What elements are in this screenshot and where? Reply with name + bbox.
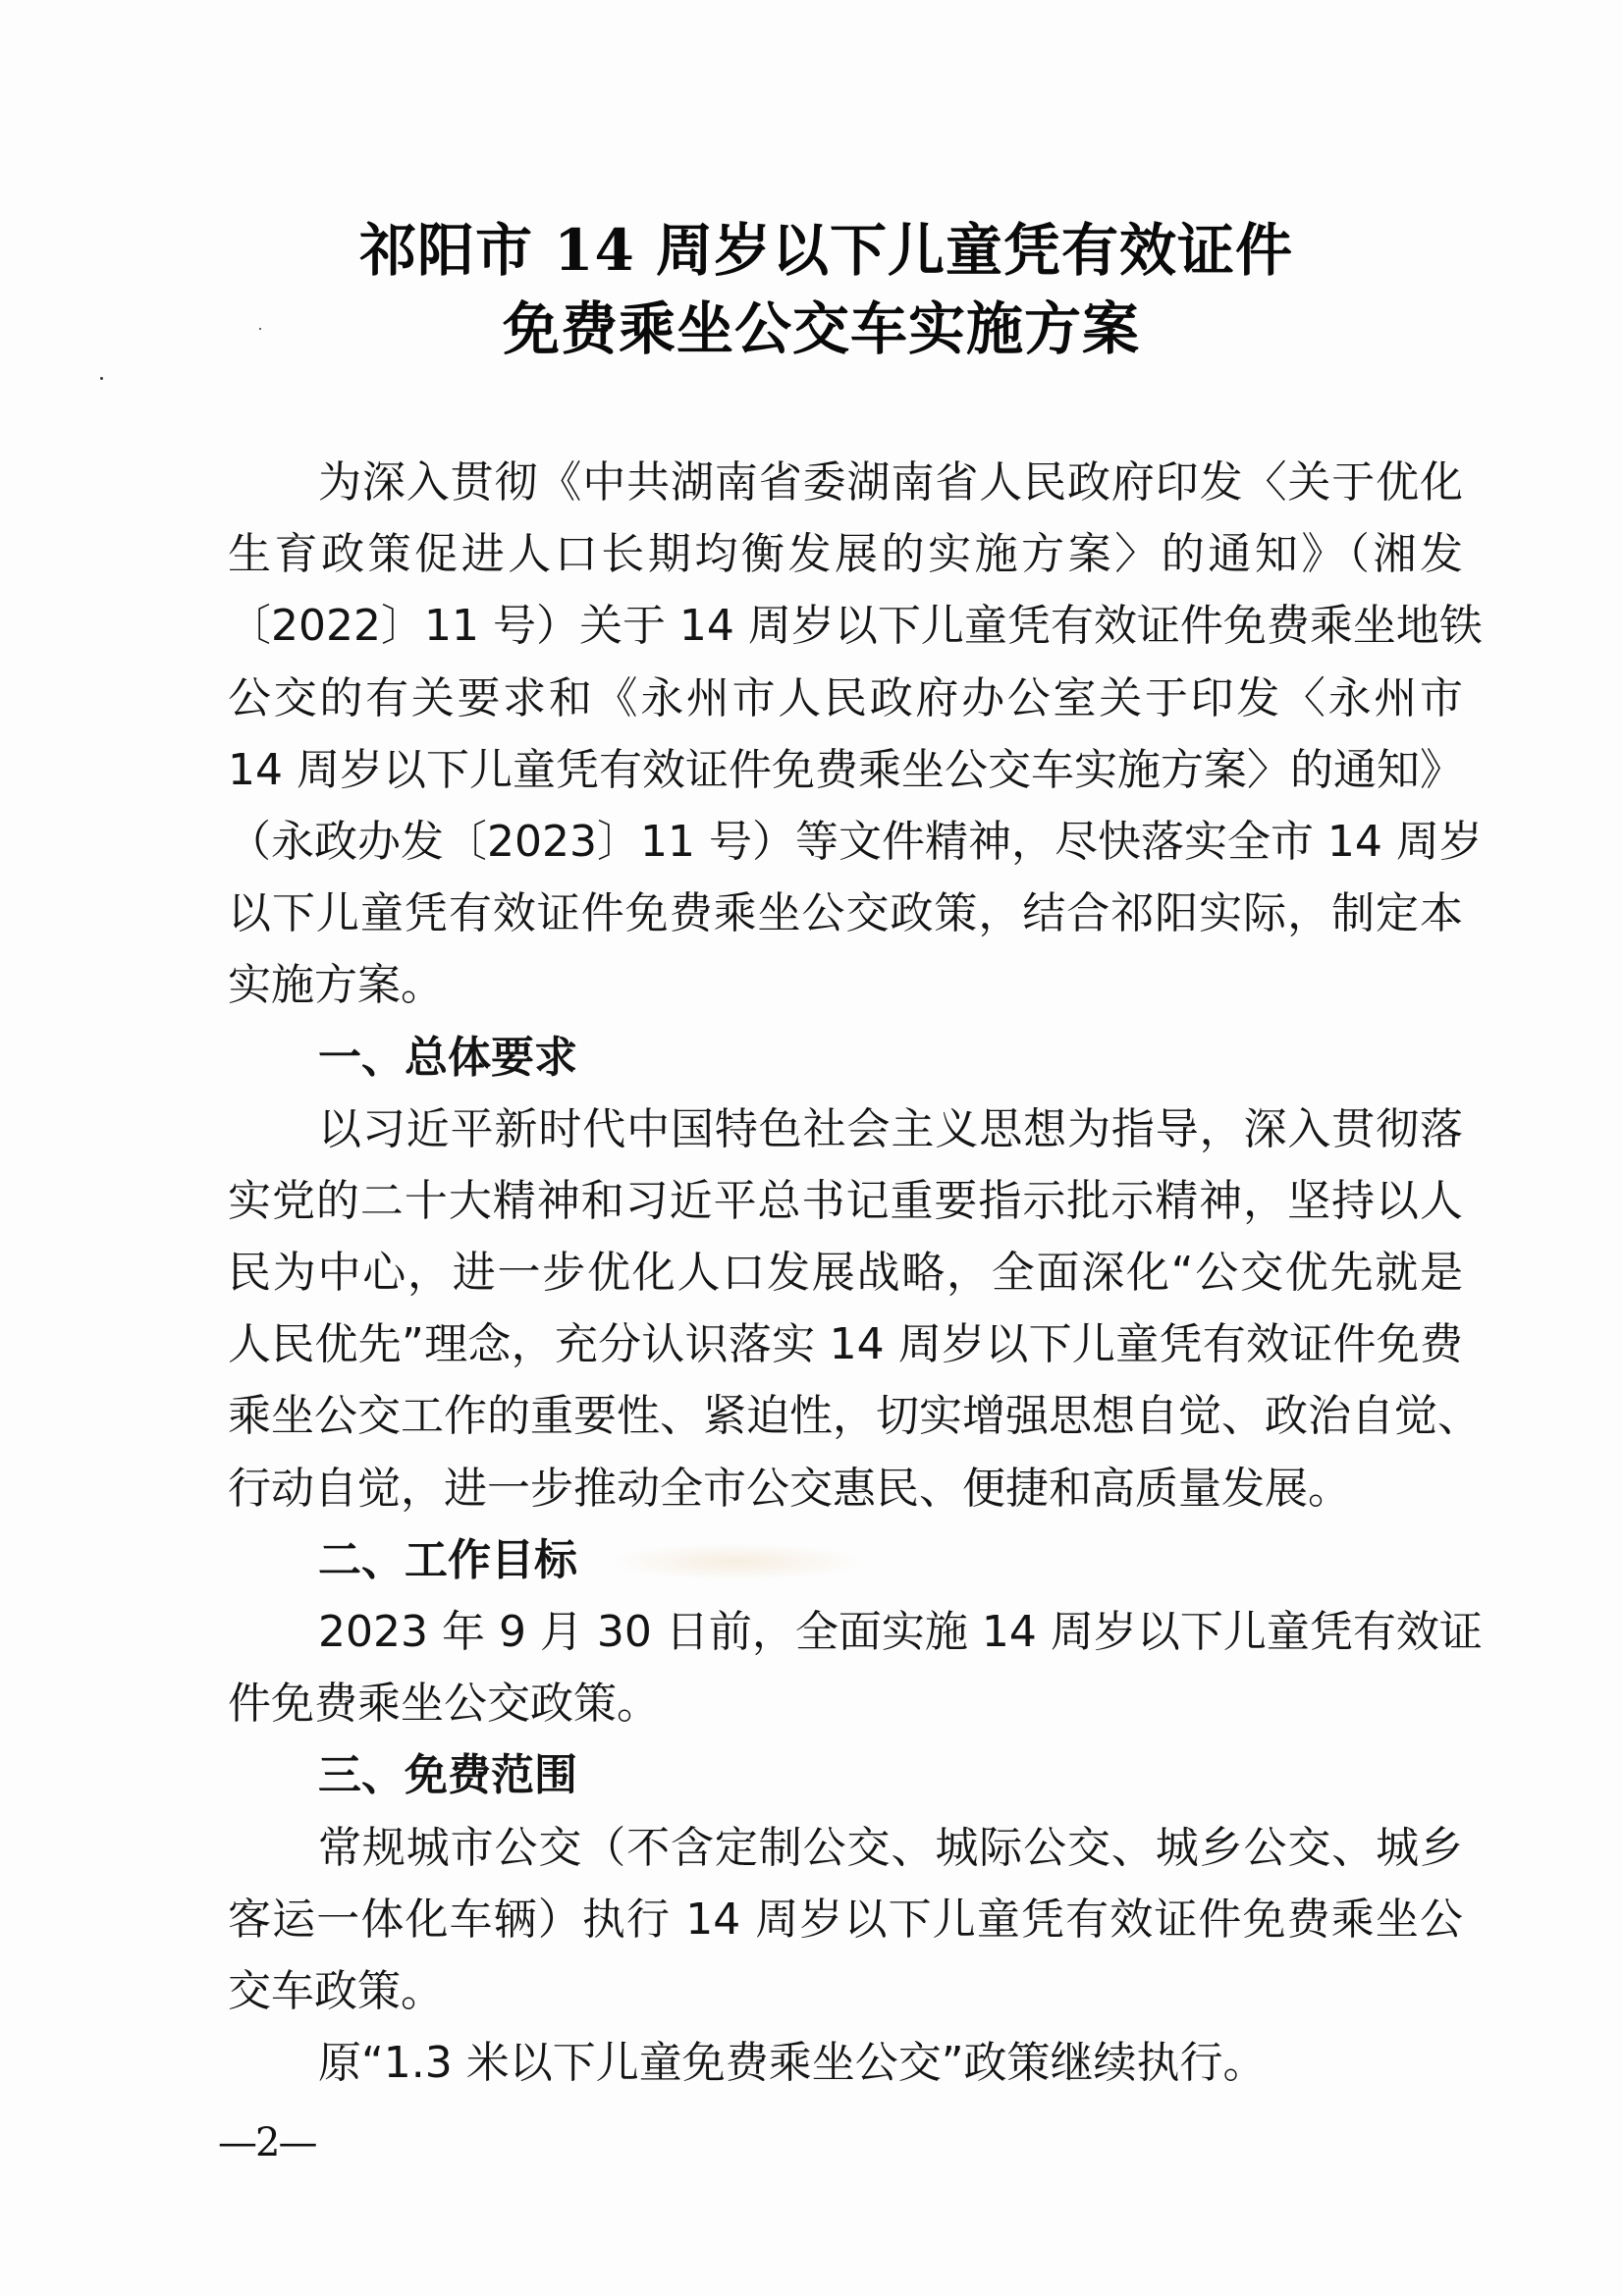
text-line: 生育政策促进人口长期均衡发展的实施方案〉的通知》（湘发	[228, 518, 1463, 590]
text-line: 〔2022〕11 号）关于 14 周岁以下儿童凭有效证件免费乘坐地铁	[228, 590, 1463, 662]
text-line: 为深入贯彻《中共湖南省委湖南省人民政府印发〈关于优化	[228, 447, 1463, 518]
text-line: 交车政策。	[228, 1955, 1463, 2027]
text-line: 行动自觉，进一步推动全市公交惠民、便捷和高质量发展。	[228, 1453, 1463, 1524]
text-line: 件免费乘坐公交政策。	[228, 1668, 1463, 1739]
section-general-requirements: 一、总体要求 以习近平新时代中国特色社会主义思想为指导，深入贯彻落 实党的二十大…	[228, 1022, 1463, 1524]
document-body: 为深入贯彻《中共湖南省委湖南省人民政府印发〈关于优化 生育政策促进人口长期均衡发…	[228, 447, 1463, 2099]
document-page: 祁阳市 14 周岁以下儿童凭有效证件 免费乘坐公交车实施方案 为深入贯彻《中共湖…	[0, 0, 1623, 2296]
document-title: 祁阳市 14 周岁以下儿童凭有效证件 免费乘坐公交车实施方案	[0, 211, 1623, 368]
section-free-scope: 三、免费范围 常规城市公交（不含定制公交、城际公交、城乡公交、城乡 客运一体化车…	[228, 1739, 1463, 2099]
text-line: 2023 年 9 月 30 日前，全面实施 14 周岁以下儿童凭有效证	[228, 1596, 1463, 1668]
title-line-2: 免费乘坐公交车实施方案	[0, 290, 1623, 368]
text-line: （永政办发〔2023〕11 号）等文件精神，尽快落实全市 14 周岁	[228, 806, 1463, 878]
text-line: 民为中心，进一步优化人口发展战略，全面深化“公交优先就是	[228, 1237, 1463, 1308]
text-line: 公交的有关要求和《永州市人民政府办公室关于印发〈永州市	[228, 663, 1463, 734]
text-line: 原“1.3 米以下儿童免费乘坐公交”政策继续执行。	[228, 2027, 1463, 2099]
section-heading: 三、免费范围	[228, 1739, 1463, 1811]
text-line: 实施方案。	[228, 949, 1463, 1021]
preamble-paragraph: 为深入贯彻《中共湖南省委湖南省人民政府印发〈关于优化 生育政策促进人口长期均衡发…	[228, 447, 1463, 1022]
page-number: —2—	[218, 2120, 315, 2165]
text-line: 实党的二十大精神和习近平总书记重要指示批示精神，坚持以人	[228, 1165, 1463, 1237]
text-line: 常规城市公交（不含定制公交、城际公交、城乡公交、城乡	[228, 1812, 1463, 1884]
section-heading: 一、总体要求	[228, 1022, 1463, 1094]
section-heading: 二、工作目标	[228, 1524, 1463, 1596]
text-line: 14 周岁以下儿童凭有效证件免费乘坐公交车实施方案〉的通知》	[228, 734, 1463, 806]
text-line: 以习近平新时代中国特色社会主义思想为指导，深入贯彻落	[228, 1094, 1463, 1165]
text-line: 乘坐公交工作的重要性、紧迫性，切实增强思想自觉、政治自觉、	[228, 1380, 1463, 1452]
text-line: 以下儿童凭有效证件免费乘坐公交政策，结合祁阳实际，制定本	[228, 878, 1463, 949]
scan-speck	[100, 377, 103, 380]
title-line-1: 祁阳市 14 周岁以下儿童凭有效证件	[0, 211, 1623, 290]
section-work-objectives: 二、工作目标 2023 年 9 月 30 日前，全面实施 14 周岁以下儿童凭有…	[228, 1524, 1463, 1740]
text-line: 人民优先”理念，充分认识落实 14 周岁以下儿童凭有效证件免费	[228, 1308, 1463, 1380]
text-line: 客运一体化车辆）执行 14 周岁以下儿童凭有效证件免费乘坐公	[228, 1884, 1463, 1955]
